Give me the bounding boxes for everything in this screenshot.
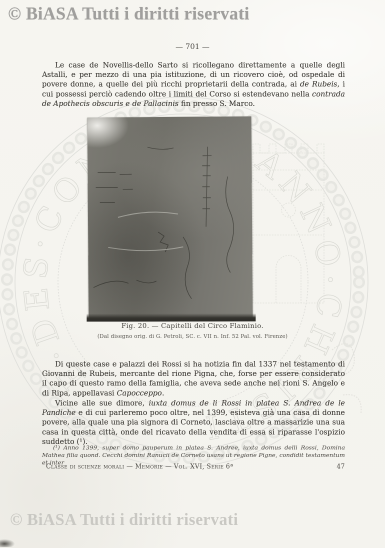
paragraph-2: Di queste case e palazzi dei Rossi si ha… xyxy=(42,359,345,398)
footer-series-line: Classe di scienze morali — Memorie — Vol… xyxy=(46,463,345,471)
figure-caption: Fig. 20. — Capitelli del Circo Flaminio. xyxy=(0,322,385,330)
paragraph-3: Vicine alle sue dimore, iuxta domus de l… xyxy=(42,398,345,447)
watermark-top: © BiASA Tutti i diritti riservati xyxy=(8,4,250,24)
map-lines xyxy=(87,116,252,319)
watermark-bottom: © BiASA Tutti i diritti riservati xyxy=(10,511,238,530)
signature-number: 47 xyxy=(337,463,345,471)
scan-smudge xyxy=(0,539,15,547)
figure-source-note: (Dal disegno orig. di G. Petroli, SC. c.… xyxy=(0,334,385,340)
figure-image xyxy=(87,116,252,319)
tower-drawing-icon xyxy=(253,144,324,303)
page-number: — 701 — xyxy=(0,42,385,51)
photo-dark-edge xyxy=(87,313,256,321)
scanned-page: E·DES·CONFIDIT·ANNO·CHRISTI © BiASA Tutt… xyxy=(0,0,385,548)
paragraph-1: Le case de Novellis-dello Sarto si ricol… xyxy=(42,60,345,109)
